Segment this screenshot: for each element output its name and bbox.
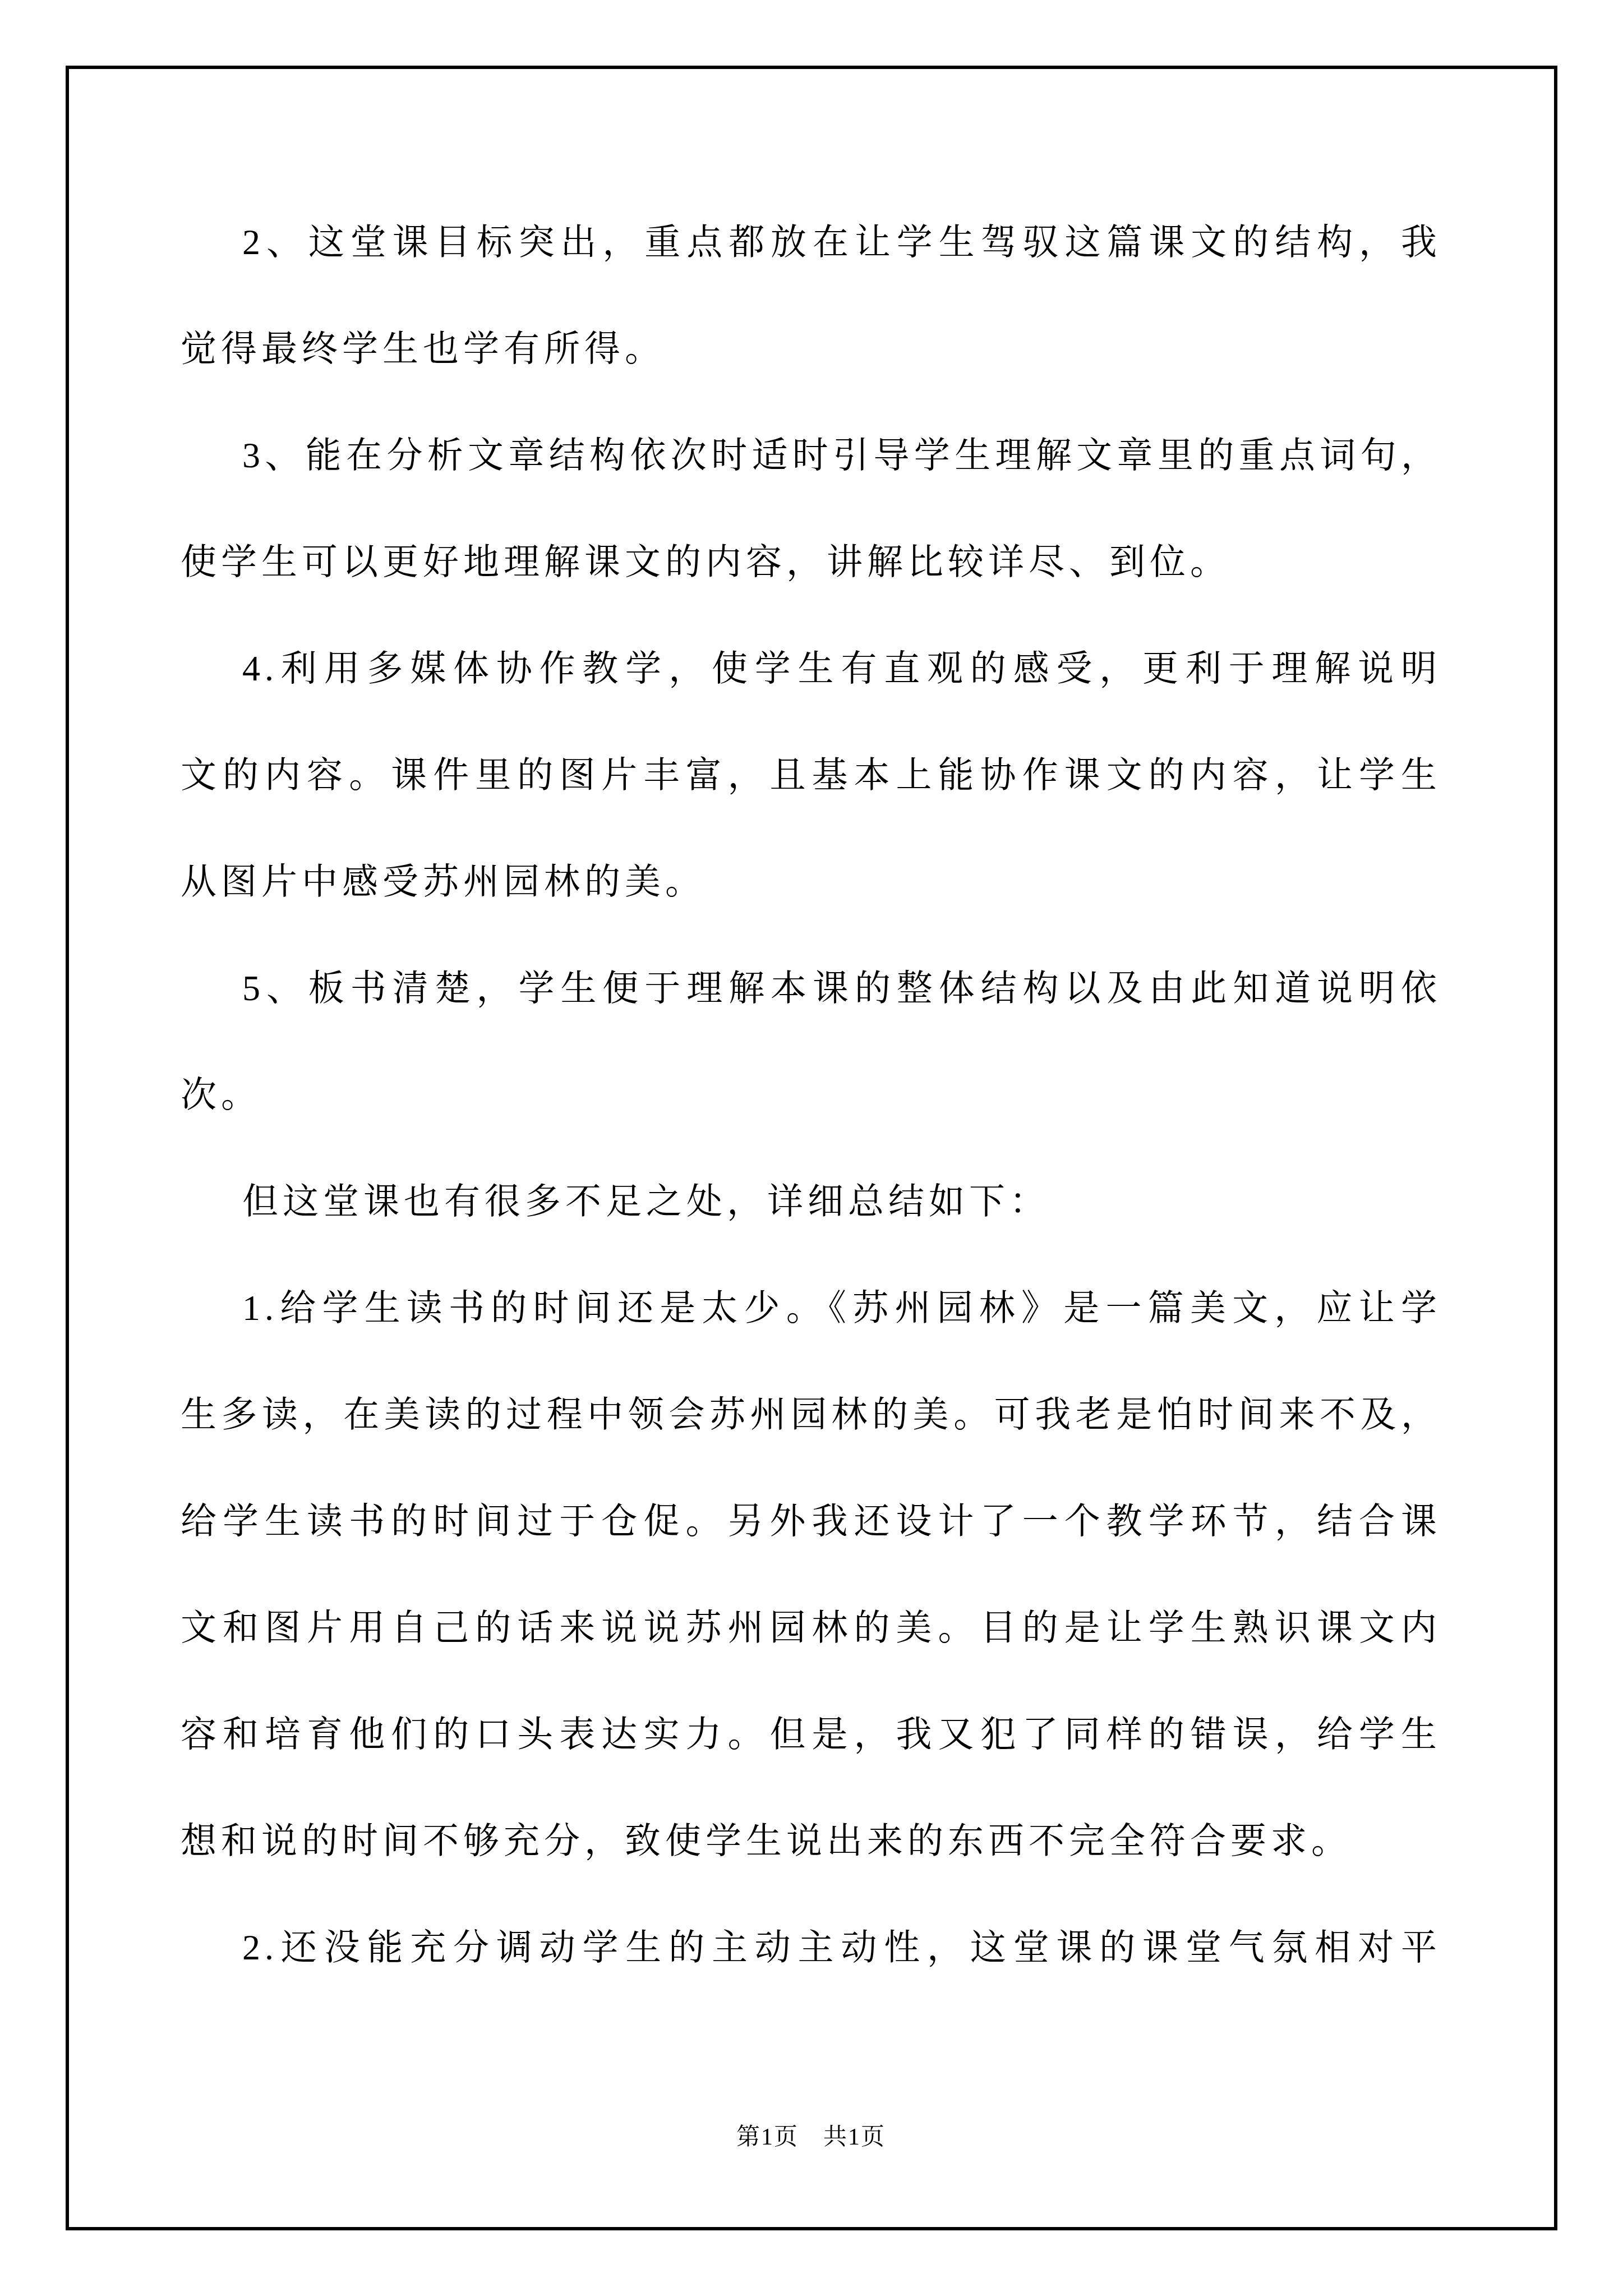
text-line: 容和培育他们的口头表达实力。但是，我又犯了同样的错误，给学生	[181, 1681, 1441, 1788]
text-line: 生多读，在美读的过程中领会苏州园林的美。可我老是怕时间来不及，	[181, 1361, 1441, 1468]
text-line: 文的内容。课件里的图片丰富，且基本上能协作课文的内容，让学生	[181, 722, 1441, 829]
text-line: 文和图片用自己的话来说说苏州园林的美。目的是让学生熟识课文内	[181, 1575, 1441, 1681]
text-line: 2.还没能充分调动学生的主动主动性，这堂课的课堂气氛相对平	[181, 1894, 1441, 2001]
document-page: 2、这堂课目标突出，重点都放在让学生驾驭这篇课文的结构，我觉得最终学生也学有所得…	[0, 0, 1623, 2296]
text-line: 从图片中感受苏州园林的美。	[181, 829, 1441, 935]
text-line: 次。	[181, 1042, 1441, 1148]
text-line: 1.给学生读书的时间还是太少。《苏州园林》是一篇美文，应让学	[181, 1255, 1441, 1361]
text-line: 给学生读书的时间过于仓促。另外我还设计了一个教学环节，结合课	[181, 1468, 1441, 1575]
text-line: 5、板书清楚，学生便于理解本课的整体结构以及由此知道说明依	[181, 935, 1441, 1042]
page-footer: 第1页 共1页	[181, 2120, 1441, 2154]
text-line: 4.利用多媒体协作教学，使学生有直观的感受，更利于理解说明	[181, 615, 1441, 722]
text-line: 2、这堂课目标突出，重点都放在让学生驾驭这篇课文的结构，我	[181, 189, 1441, 296]
text-line: 但这堂课也有很多不足之处，详细总结如下：	[181, 1148, 1441, 1255]
text-line: 觉得最终学生也学有所得。	[181, 296, 1441, 402]
text-line: 3、能在分析文章结构依次时适时引导学生理解文章里的重点词句，	[181, 402, 1441, 509]
document-text: 2、这堂课目标突出，重点都放在让学生驾驭这篇课文的结构，我觉得最终学生也学有所得…	[181, 189, 1441, 2001]
text-line: 使学生可以更好地理解课文的内容，讲解比较详尽、到位。	[181, 509, 1441, 615]
text-line: 想和说的时间不够充分，致使学生说出来的东西不完全符合要求。	[181, 1788, 1441, 1894]
